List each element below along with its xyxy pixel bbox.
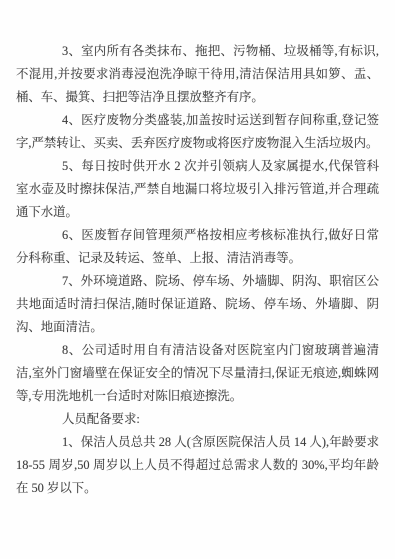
paragraph-item-4: 4、医疗废物分类盛装,加盖按时运送到暂存间称重,登记签字,严禁转让、买卖、丢弃医… — [16, 109, 379, 155]
paragraph-item-6: 6、医废暂存间管理须严格按相应考核标准执行,做好日常分科称重、记录及转运、签单、… — [16, 224, 379, 270]
paragraph-item-5: 5、每日按时供开水 2 次并引领病人及家属提水,代保管科室水壶及时擦抹保洁,严禁… — [16, 155, 379, 224]
document-body: 3、室内所有各类抹布、拖把、污物桶、垃圾桶等,有标识,不混用,并按要求消毒浸泡洗… — [16, 40, 379, 500]
paragraph-item-3: 3、室内所有各类抹布、拖把、污物桶、垃圾桶等,有标识,不混用,并按要求消毒浸泡洗… — [16, 40, 379, 109]
paragraph-staffing-item-1: 1、保洁人员总共 28 人(含原医院保洁人员 14 人),年龄要求 18-55 … — [16, 431, 379, 500]
paragraph-item-7: 7、外环境道路、院场、停车场、外墙脚、阴沟、职宿区公共地面适时清扫保洁,随时保证… — [16, 270, 379, 339]
section-heading-staffing: 人员配备要求: — [16, 408, 379, 431]
paragraph-item-8: 8、公司适时用自有清洁设备对医院室内门窗玻璃普遍清洁,室外门窗墙壁在保证安全的情… — [16, 339, 379, 408]
document-page: 3、室内所有各类抹布、拖把、污物桶、垃圾桶等,有标识,不混用,并按要求消毒浸泡洗… — [0, 0, 395, 559]
